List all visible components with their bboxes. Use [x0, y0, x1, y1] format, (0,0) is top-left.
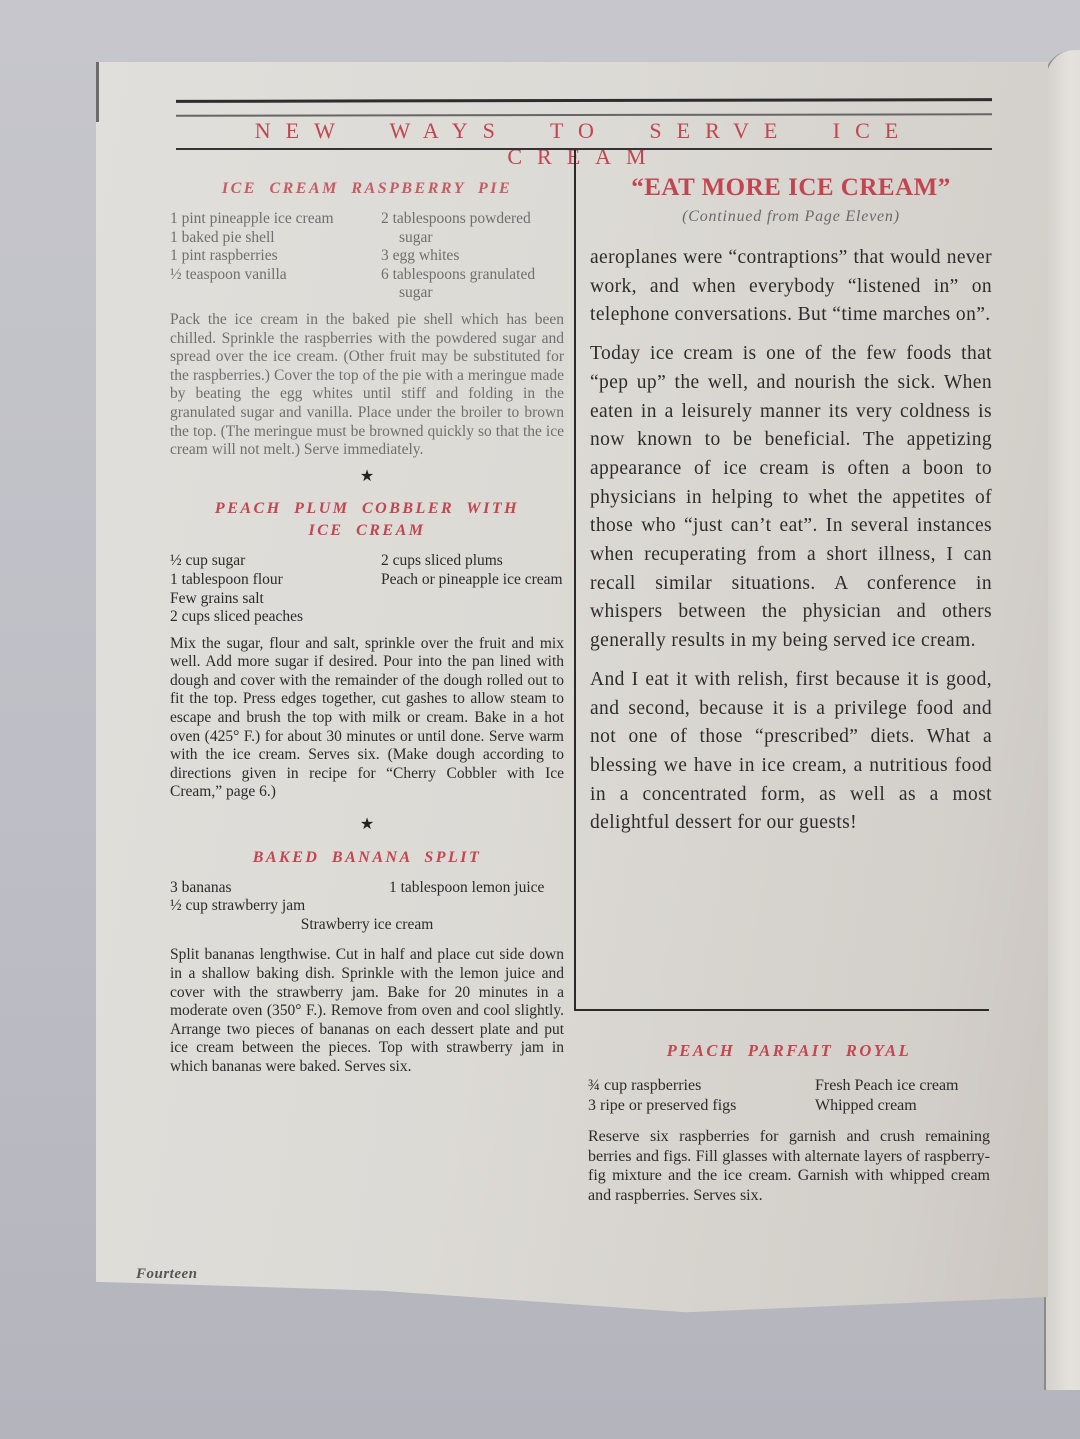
essay-column: “EAT MORE ICE CREAM” (Continued from Pag… — [590, 172, 992, 838]
ingredient: 2 tablespoons powdered sugar — [381, 210, 564, 247]
ingredients-right: Fresh Peach ice cream Whipped cream — [795, 1076, 990, 1115]
recipe-peach-parfait-royal: PEACH PARFAIT ROYAL ¾ cup raspberries 3 … — [588, 1040, 990, 1205]
page-number: Fourteen — [136, 1266, 198, 1283]
essay-paragraph: aeroplanes were “contraptions” that woul… — [590, 244, 992, 330]
ingredients-left: 3 bananas ½ cup strawberry jam — [170, 879, 361, 916]
left-column: ICE CREAM RASPBERRY PIE 1 pint pineapple… — [170, 178, 564, 1077]
recipe-method: Split bananas lengthwise. Cut in half an… — [170, 946, 564, 1076]
header-rule-bottom — [176, 148, 992, 150]
recipe-method: Pack the ice cream in the baked pie shel… — [170, 311, 564, 460]
ingredients-right: 2 cups sliced plums Peach or pineapple i… — [373, 552, 564, 626]
ingredient: 3 bananas — [170, 879, 361, 898]
ingredient: 2 cups sliced plums — [381, 552, 564, 571]
ingredient: 1 pint raspberries — [170, 247, 361, 266]
ingredient: ¾ cup raspberries — [588, 1076, 783, 1096]
ingredient-list: ¾ cup raspberries 3 ripe or preserved fi… — [588, 1076, 990, 1115]
ingredient: ½ teaspoon vanilla — [170, 266, 361, 285]
ingredient: 3 ripe or preserved figs — [588, 1096, 758, 1116]
ingredient: 1 tablespoon lemon juice — [389, 879, 564, 898]
recipe-method: Reserve six raspberries for garnish and … — [588, 1127, 990, 1205]
essay-box-bottom-rule — [574, 1009, 989, 1011]
essay-subtitle: (Continued from Page Eleven) — [590, 208, 992, 226]
ingredient: Strawberry ice cream — [170, 916, 564, 935]
ingredient: 1 baked pie shell — [170, 229, 361, 248]
essay-title: “EAT MORE ICE CREAM” — [590, 172, 992, 204]
column-divider — [574, 150, 576, 1010]
star-separator-icon: ★ — [170, 468, 564, 487]
recipe-peach-plum-cobbler: PEACH PLUM COBBLER WITH ICE CREAM ½ cup … — [170, 498, 564, 802]
ingredient: Peach or pineapple ice cream — [381, 571, 564, 590]
page-header-title: NEW WAYS TO SERVE ICE CREAM — [176, 118, 992, 170]
ingredient: Fresh Peach ice cream — [815, 1076, 990, 1096]
ingredient: ½ cup strawberry jam — [170, 897, 361, 916]
ingredients-left: ½ cup sugar 1 tablespoon flour Few grain… — [170, 552, 361, 626]
ingredients-left: ¾ cup raspberries 3 ripe or preserved fi… — [588, 1076, 783, 1115]
recipe-ice-cream-raspberry-pie: ICE CREAM RASPBERRY PIE 1 pint pineapple… — [170, 178, 564, 460]
ingredient: 3 egg whites — [381, 247, 564, 266]
recipe-title: PEACH PARFAIT ROYAL — [588, 1040, 990, 1062]
ingredient: Few grains salt — [170, 590, 361, 609]
ingredient: 6 tablespoons granulated sugar — [381, 266, 564, 303]
ingredients-left: 1 pint pineapple ice cream 1 baked pie s… — [170, 210, 361, 303]
star-separator-icon: ★ — [170, 816, 564, 835]
ingredients-right: 2 tablespoons powdered sugar 3 egg white… — [373, 210, 564, 303]
ingredients-right: 1 tablespoon lemon juice — [373, 879, 564, 916]
recipe-title: ICE CREAM RASPBERRY PIE — [170, 178, 564, 200]
ingredient-list: ½ cup sugar 1 tablespoon flour Few grain… — [170, 552, 564, 626]
ingredient-list: 3 bananas ½ cup strawberry jam 1 tablesp… — [170, 879, 564, 935]
ingredient: ½ cup sugar — [170, 552, 361, 571]
recipe-title: BAKED BANANA SPLIT — [170, 847, 564, 869]
page-corner-shadow — [96, 62, 99, 122]
essay-body: aeroplanes were “contraptions” that woul… — [590, 244, 992, 838]
ingredient: 1 pint pineapple ice cream — [170, 210, 361, 229]
recipe-title: PEACH PLUM COBBLER WITH ICE CREAM — [170, 498, 564, 542]
recipe-baked-banana-split: BAKED BANANA SPLIT 3 bananas ½ cup straw… — [170, 847, 564, 1077]
ingredient: 1 tablespoon flour — [170, 571, 361, 590]
recipe-method: Mix the sugar, flour and salt, sprinkle … — [170, 635, 564, 802]
ingredient-list: 1 pint pineapple ice cream 1 baked pie s… — [170, 210, 564, 303]
essay-paragraph: And I eat it with relish, first because … — [590, 666, 992, 838]
ingredient: 2 cups sliced peaches — [170, 608, 361, 627]
ingredient: Whipped cream — [815, 1096, 990, 1116]
next-page-edge — [1044, 50, 1080, 1390]
essay-paragraph: Today ice cream is one of the few foods … — [590, 340, 992, 656]
